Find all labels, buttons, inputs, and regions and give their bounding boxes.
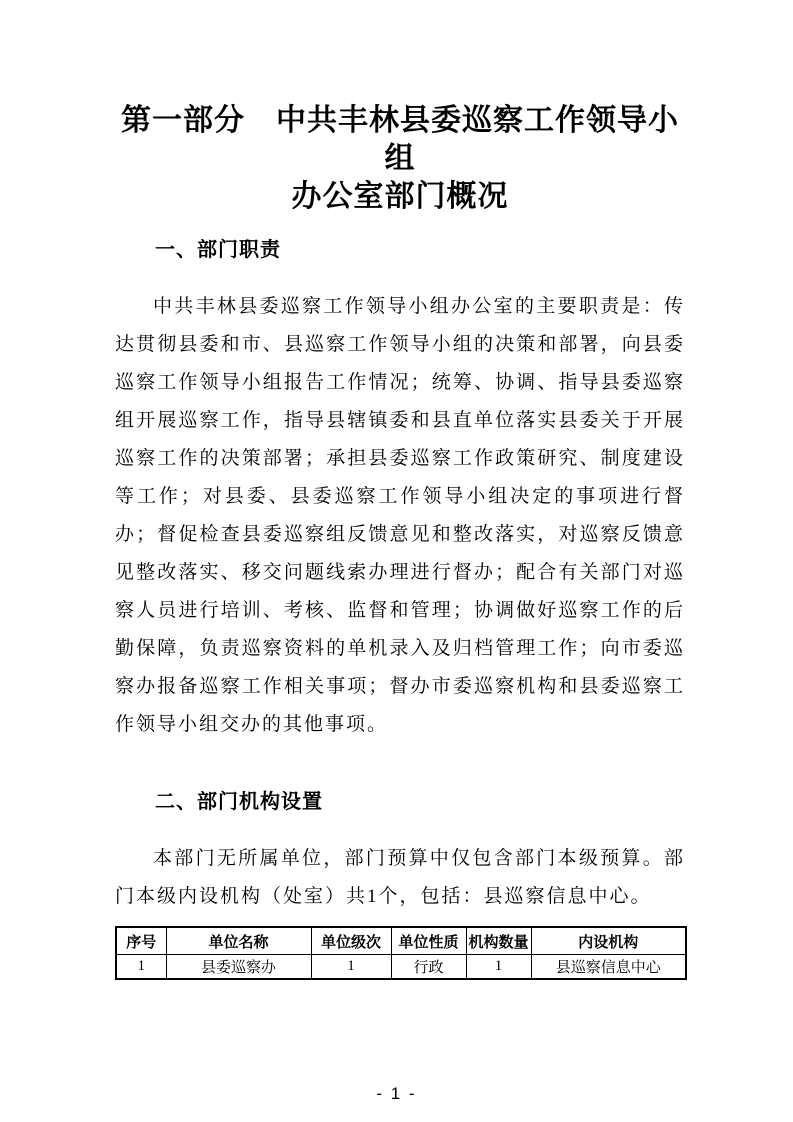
org-structure-table: 序号 单位名称 单位级次 单位性质 机构数量 内设机构 1 县委巡察办 1 行政…: [115, 926, 687, 980]
table-header-unit-type: 单位性质: [391, 927, 466, 955]
section-heading-duties: 一、部门职责: [115, 238, 685, 262]
document-title-line-2: 办公室部门概况: [115, 178, 685, 216]
table-row: 1 县委巡察办 1 行政 1 县巡察信息中心: [116, 955, 686, 980]
document-title: 第一部分 中共丰林县委巡察工作领导小组 办公室部门概况: [115, 102, 685, 216]
table-cell-unit-level: 1: [311, 955, 391, 980]
table-cell-unit-name: 县委巡察办: [166, 955, 311, 980]
table-header-internal-org: 内设机构: [531, 927, 686, 955]
paragraph-duties: 中共丰林县委巡察工作领导小组办公室的主要职责是：传达贯彻县委和市、县巡察工作领导…: [115, 288, 685, 744]
table-cell-index: 1: [116, 955, 166, 980]
page-number: - 1 -: [0, 1084, 793, 1104]
table-header-index: 序号: [116, 927, 166, 955]
paragraph-org-setup: 本部门无所属单位，部门预算中仅包含部门本级预算。部门本级内设机构（处室）共1个，…: [115, 840, 685, 916]
table-header-row: 序号 单位名称 单位级次 单位性质 机构数量 内设机构: [116, 927, 686, 955]
table-header-unit-name: 单位名称: [166, 927, 311, 955]
document-page: 第一部分 中共丰林县委巡察工作领导小组 办公室部门概况 一、部门职责 中共丰林县…: [0, 0, 793, 1122]
table-header-unit-level: 单位级次: [311, 927, 391, 955]
table-cell-internal-org: 县巡察信息中心: [531, 955, 686, 980]
document-title-line-1: 第一部分 中共丰林县委巡察工作领导小组: [115, 102, 685, 178]
table-header-org-count: 机构数量: [466, 927, 531, 955]
table-cell-org-count: 1: [466, 955, 531, 980]
table-cell-unit-type: 行政: [391, 955, 466, 980]
section-heading-org-setup: 二、部门机构设置: [115, 790, 685, 814]
